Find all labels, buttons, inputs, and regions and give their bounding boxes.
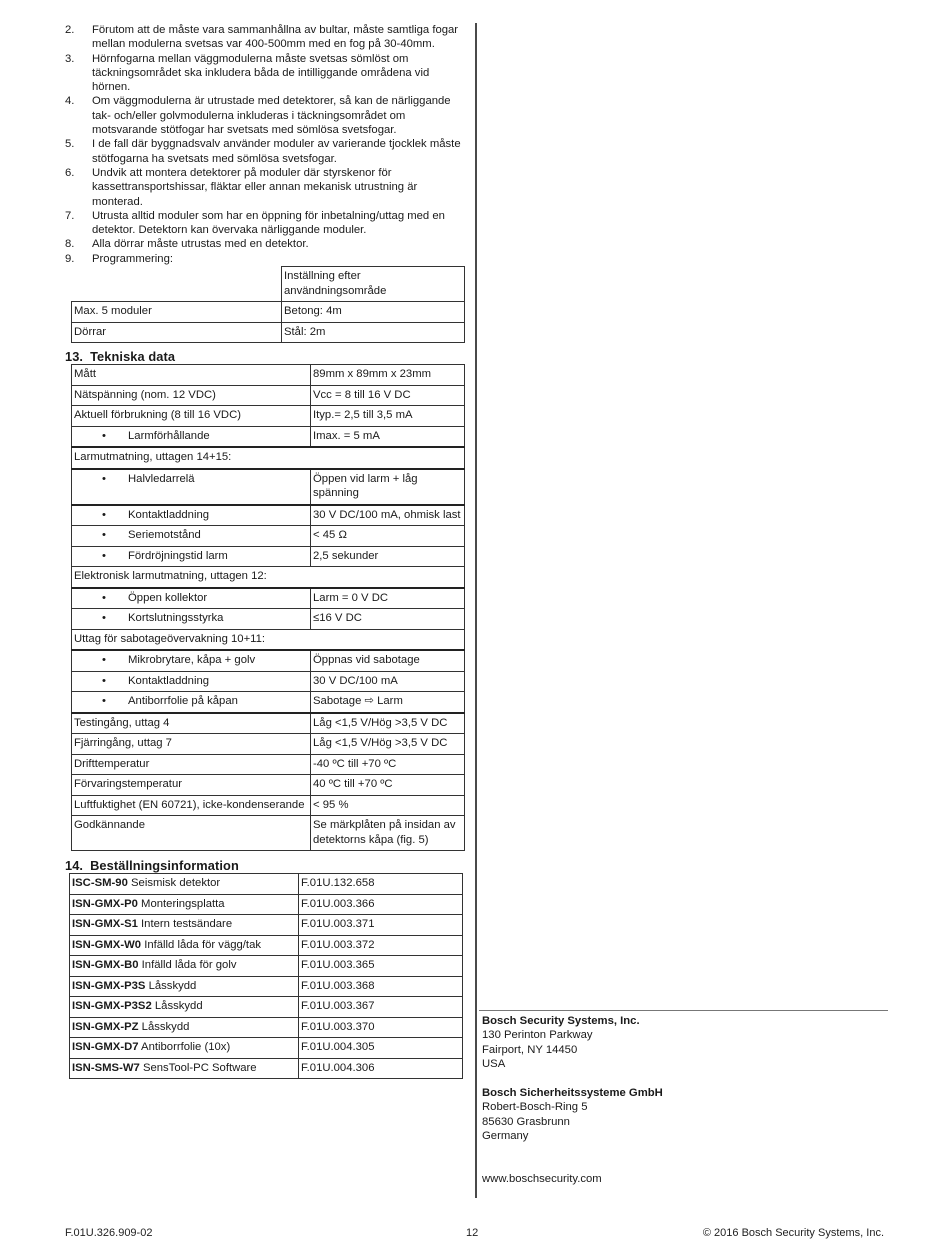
- product-cell: ISN-GMX-D7 Antiborrfolie (10x): [70, 1038, 299, 1059]
- product-cell: ISN-GMX-W0 Infälld låda för vägg/tak: [70, 935, 299, 956]
- table-row: Testingång, uttag 4Låg <1,5 V/Hög >3,5 V…: [72, 713, 465, 734]
- product-description: Antiborrfolie (10x): [141, 1041, 230, 1053]
- part-number: F.01U.003.365: [299, 956, 463, 977]
- spec-label-cell: •Antiborrfolie på kåpan: [72, 692, 311, 713]
- spec-label: Fördröjningstid larm: [128, 550, 228, 562]
- product-description: SensTool-PC Software: [143, 1062, 257, 1074]
- step-text: Programmering:: [92, 253, 173, 265]
- bullet-icon: •: [102, 549, 128, 564]
- spec-label-cell: •Kortslutningsstyrka: [72, 609, 311, 630]
- bullet-icon: •: [102, 429, 128, 444]
- address-line: 130 Perinton Parkway: [482, 1028, 663, 1042]
- table-row: Uttag för sabotageövervakning 10+11:: [72, 629, 465, 650]
- product-cell: ISN-GMX-PZ Låsskydd: [70, 1017, 299, 1038]
- product-description: Intern testsändare: [141, 918, 232, 930]
- product-cell: ISC-SM-90 Seismisk detektor: [70, 874, 299, 895]
- spec-value: -40 ºC till +70 ºC: [311, 754, 465, 775]
- table-row: Nätspänning (nom. 12 VDC)Vcc = 8 till 16…: [72, 385, 465, 406]
- part-number: F.01U.003.367: [299, 997, 463, 1018]
- product-code: ISN-GMX-B0: [72, 959, 139, 971]
- programming-label: Dörrar: [72, 322, 282, 343]
- table-row: Larmutmatning, uttagen 14+15:: [72, 447, 465, 469]
- step-text: Om väggmodulerna är utrustade med detekt…: [92, 95, 451, 136]
- step-number: 5.: [65, 137, 74, 151]
- list-item: 6.Undvik att montera detektorer på modul…: [65, 166, 467, 209]
- list-item: 3.Hörnfogarna mellan väggmodulerna måste…: [65, 52, 467, 95]
- spec-label-cell: Nätspänning (nom. 12 VDC): [72, 385, 311, 406]
- part-number: F.01U.132.658: [299, 874, 463, 895]
- list-item: 9.Programmering:: [65, 252, 467, 266]
- table-row: •Antiborrfolie på kåpanSabotage ⇨ Larm: [72, 692, 465, 713]
- step-number: 8.: [65, 237, 74, 251]
- table-row: Fjärringång, uttag 7Låg <1,5 V/Hög >3,5 …: [72, 734, 465, 755]
- spec-label-cell: Godkännande: [72, 816, 311, 851]
- table-row: •Seriemotstånd< 45 Ω: [72, 526, 465, 547]
- spec-label: Drifttemperatur: [74, 758, 149, 770]
- spec-label-cell: •Halvledarrelä: [72, 469, 311, 505]
- spec-label: Fjärringång, uttag 7: [74, 737, 172, 749]
- section-14-heading: 14.Beställningsinformation: [65, 858, 467, 873]
- column-divider: [475, 23, 477, 1198]
- spec-label: Mikrobrytare, kåpa + golv: [128, 654, 255, 666]
- product-code: ISN-GMX-W0: [72, 939, 141, 951]
- spec-value: Ityp.= 2,5 till 3,5 mA: [311, 406, 465, 427]
- table-row: •HalvledarreläÖppen vid larm + låg spänn…: [72, 469, 465, 505]
- section-title: Beställningsinformation: [90, 858, 239, 873]
- technical-data-table: Mått89mm x 89mm x 23mmNätspänning (nom. …: [71, 364, 465, 851]
- bullet-icon: •: [102, 528, 128, 543]
- group-label: Elektronisk larmutmatning, uttagen 12:: [72, 567, 465, 588]
- table-row: •Kortslutningsstyrka≤16 V DC: [72, 609, 465, 630]
- address-block: Bosch Security Systems, Inc. 130 Perinto…: [482, 1014, 663, 1187]
- table-row: ISN-SMS-W7 SensTool-PC SoftwareF.01U.004…: [70, 1058, 463, 1079]
- table-row: •LarmförhållandeImax. = 5 mA: [72, 426, 465, 447]
- spec-label: Kontaktladdning: [128, 675, 209, 687]
- spec-value: Se märkplåten på insidan av detektorns k…: [311, 816, 465, 851]
- table-row: ISN-GMX-W0 Infälld låda för vägg/takF.01…: [70, 935, 463, 956]
- table-row: ISN-GMX-B0 Infälld låda för golvF.01U.00…: [70, 956, 463, 977]
- bullet-icon: •: [102, 674, 128, 689]
- spec-value: Larm = 0 V DC: [311, 588, 465, 609]
- section-number: 14.: [65, 858, 83, 873]
- step-text: Utrusta alltid moduler som har en öppnin…: [92, 210, 445, 236]
- programming-value: Betong: 4m: [282, 302, 465, 323]
- step-number: 7.: [65, 209, 74, 223]
- address-line: 85630 Grasbrunn: [482, 1115, 663, 1129]
- spec-value: 40 ºC till +70 ºC: [311, 775, 465, 796]
- step-text: Alla dörrar måste utrustas med en detekt…: [92, 238, 309, 250]
- footer-copyright: © 2016 Bosch Security Systems, Inc.: [703, 1227, 884, 1239]
- table-row: Drifttemperatur-40 ºC till +70 ºC: [72, 754, 465, 775]
- table-row: •Mikrobrytare, kåpa + golvÖppnas vid sab…: [72, 650, 465, 671]
- part-number: F.01U.003.370: [299, 1017, 463, 1038]
- section-13-heading: 13.Tekniska data: [65, 349, 467, 364]
- programming-label: Max. 5 moduler: [72, 302, 282, 323]
- part-number: F.01U.003.366: [299, 894, 463, 915]
- product-description: Infälld låda för vägg/tak: [144, 939, 261, 951]
- spec-label: Nätspänning (nom. 12 VDC): [74, 389, 216, 401]
- spec-label-cell: Drifttemperatur: [72, 754, 311, 775]
- bullet-icon: •: [102, 694, 128, 709]
- step-number: 4.: [65, 94, 74, 108]
- table-row: ISN-GMX-P3S2 LåsskyddF.01U.003.367: [70, 997, 463, 1018]
- table-row: •Kontaktladdning30 V DC/100 mA: [72, 671, 465, 692]
- installation-steps-list: 2.Förutom att de måste vara sammanhållna…: [65, 23, 467, 266]
- spec-label-cell: •Fördröjningstid larm: [72, 546, 311, 567]
- spec-value: Öppen vid larm + låg spänning: [311, 469, 465, 505]
- spec-value: Låg <1,5 V/Hög >3,5 V DC: [311, 734, 465, 755]
- spec-label: Luftfuktighet (EN 60721), icke-kondenser…: [74, 799, 304, 811]
- list-item: 5.I de fall där byggnadsvalv använder mo…: [65, 137, 467, 166]
- section-number: 13.: [65, 349, 83, 364]
- address-line: Fairport, NY 14450: [482, 1043, 663, 1057]
- spec-label: Kortslutningsstyrka: [128, 612, 223, 624]
- product-code: ISN-GMX-S1: [72, 918, 138, 930]
- part-number: F.01U.004.305: [299, 1038, 463, 1059]
- step-number: 3.: [65, 52, 74, 66]
- spec-value: 89mm x 89mm x 23mm: [311, 365, 465, 386]
- spec-label: Testingång, uttag 4: [74, 717, 169, 729]
- table-row: ISC-SM-90 Seismisk detektorF.01U.132.658: [70, 874, 463, 895]
- spec-value: < 45 Ω: [311, 526, 465, 547]
- bullet-icon: •: [102, 653, 128, 668]
- bullet-icon: •: [102, 591, 128, 606]
- step-number: 6.: [65, 166, 74, 180]
- table-row: Max. 5 moduler Betong: 4m: [72, 302, 465, 323]
- product-cell: ISN-GMX-P3S2 Låsskydd: [70, 997, 299, 1018]
- product-description: Infälld låda för golv: [142, 959, 237, 971]
- bullet-icon: •: [102, 611, 128, 626]
- table-row: Mått89mm x 89mm x 23mm: [72, 365, 465, 386]
- table-row: Förvaringstemperatur40 ºC till +70 ºC: [72, 775, 465, 796]
- spec-label: Larmförhållande: [128, 430, 210, 442]
- address-line: USA: [482, 1057, 663, 1071]
- address-line: Germany: [482, 1129, 663, 1143]
- programming-value: Stål: 2m: [282, 322, 465, 343]
- product-code: ISN-GMX-PZ: [72, 1021, 139, 1033]
- spec-label: Kontaktladdning: [128, 509, 209, 521]
- product-description: Låsskydd: [149, 980, 197, 992]
- part-number: F.01U.003.372: [299, 935, 463, 956]
- section-title: Tekniska data: [90, 349, 175, 364]
- spec-label-cell: •Mikrobrytare, kåpa + golv: [72, 650, 311, 671]
- spec-value: 30 V DC/100 mA, ohmisk last: [311, 505, 465, 526]
- table-row: Dörrar Stål: 2m: [72, 322, 465, 343]
- table-row: GodkännandeSe märkplåten på insidan av d…: [72, 816, 465, 851]
- programming-table-header: Inställning efter användningsområde: [282, 267, 465, 302]
- spec-value: 30 V DC/100 mA: [311, 671, 465, 692]
- company-name-de: Bosch Sicherheitssysteme GmbH: [482, 1086, 663, 1100]
- spec-label: Öppen kollektor: [128, 592, 207, 604]
- spec-label-cell: •Larmförhållande: [72, 426, 311, 447]
- step-text: Undvik att montera detektorer på moduler…: [92, 167, 417, 208]
- table-row: Aktuell förbrukning (8 till 16 VDC)Ityp.…: [72, 406, 465, 427]
- programming-table-header-row: Inställning efter användningsområde: [72, 267, 465, 302]
- spec-label: Aktuell förbrukning (8 till 16 VDC): [74, 409, 241, 421]
- spec-label: Förvaringstemperatur: [74, 778, 182, 790]
- product-code: ISC-SM-90: [72, 877, 128, 889]
- spec-value: Imax. = 5 mA: [311, 426, 465, 447]
- table-row: ISN-GMX-P0 MonteringsplattaF.01U.003.366: [70, 894, 463, 915]
- table-row: •Fördröjningstid larm2,5 sekunder: [72, 546, 465, 567]
- spec-label-cell: •Kontaktladdning: [72, 671, 311, 692]
- step-number: 2.: [65, 23, 74, 37]
- table-row: ISN-GMX-P3S LåsskyddF.01U.003.368: [70, 976, 463, 997]
- spec-label-cell: Mått: [72, 365, 311, 386]
- programming-table: Inställning efter användningsområde Max.…: [71, 266, 465, 343]
- spec-label-cell: Aktuell förbrukning (8 till 16 VDC): [72, 406, 311, 427]
- product-description: Seismisk detektor: [131, 877, 220, 889]
- list-item: 7.Utrusta alltid moduler som har en öppn…: [65, 209, 467, 238]
- table-row: ISN-GMX-PZ LåsskyddF.01U.003.370: [70, 1017, 463, 1038]
- group-label: Uttag för sabotageövervakning 10+11:: [72, 629, 465, 650]
- product-cell: ISN-GMX-B0 Infälld låda för golv: [70, 956, 299, 977]
- list-item: 8.Alla dörrar måste utrustas med en dete…: [65, 237, 467, 251]
- product-cell: ISN-GMX-S1 Intern testsändare: [70, 915, 299, 936]
- table-row: •Öppen kollektorLarm = 0 V DC: [72, 588, 465, 609]
- spec-value: Sabotage ⇨ Larm: [311, 692, 465, 713]
- product-cell: ISN-SMS-W7 SensTool-PC Software: [70, 1058, 299, 1079]
- address-separator: [479, 1010, 888, 1011]
- spec-label-cell: Fjärringång, uttag 7: [72, 734, 311, 755]
- step-number: 9.: [65, 252, 74, 266]
- product-description: Monteringsplatta: [141, 898, 225, 910]
- table-row: •Kontaktladdning30 V DC/100 mA, ohmisk l…: [72, 505, 465, 526]
- spec-label-cell: Testingång, uttag 4: [72, 713, 311, 734]
- step-text: Hörnfogarna mellan väggmodulerna måste s…: [92, 53, 429, 94]
- spec-label: Godkännande: [74, 819, 145, 831]
- product-code: ISN-GMX-P3S: [72, 980, 145, 992]
- product-code: ISN-GMX-P3S2: [72, 1000, 152, 1012]
- spec-value: Låg <1,5 V/Hög >3,5 V DC: [311, 713, 465, 734]
- spec-value: Vcc = 8 till 16 V DC: [311, 385, 465, 406]
- spec-label-cell: Luftfuktighet (EN 60721), icke-kondenser…: [72, 795, 311, 816]
- step-text: I de fall där byggnadsvalv använder modu…: [92, 138, 461, 164]
- part-number: F.01U.004.306: [299, 1058, 463, 1079]
- footer-page-number: 12: [466, 1227, 478, 1239]
- product-cell: ISN-GMX-P0 Monteringsplatta: [70, 894, 299, 915]
- address-line: Robert-Bosch-Ring 5: [482, 1100, 663, 1114]
- left-column: 2.Förutom att de måste vara sammanhållna…: [65, 23, 467, 1079]
- footer-doc-number: F.01U.326.909-02: [65, 1227, 152, 1239]
- bullet-icon: •: [102, 508, 128, 523]
- table-row: ISN-GMX-D7 Antiborrfolie (10x)F.01U.004.…: [70, 1038, 463, 1059]
- company-name-us: Bosch Security Systems, Inc.: [482, 1014, 663, 1028]
- spec-label: Seriemotstånd: [128, 529, 201, 541]
- spec-value: 2,5 sekunder: [311, 546, 465, 567]
- step-text: Förutom att de måste vara sammanhållna a…: [92, 24, 458, 50]
- list-item: 4.Om väggmodulerna är utrustade med dete…: [65, 94, 467, 137]
- spec-label-cell: Förvaringstemperatur: [72, 775, 311, 796]
- spec-label: Halvledarrelä: [128, 473, 195, 485]
- table-row: Luftfuktighet (EN 60721), icke-kondenser…: [72, 795, 465, 816]
- product-description: Låsskydd: [142, 1021, 190, 1033]
- list-item: 2.Förutom att de måste vara sammanhållna…: [65, 23, 467, 52]
- part-number: F.01U.003.368: [299, 976, 463, 997]
- table-row: Elektronisk larmutmatning, uttagen 12:: [72, 567, 465, 588]
- part-number: F.01U.003.371: [299, 915, 463, 936]
- spec-label-cell: •Kontaktladdning: [72, 505, 311, 526]
- product-description: Låsskydd: [155, 1000, 203, 1012]
- product-code: ISN-SMS-W7: [72, 1062, 140, 1074]
- product-code: ISN-GMX-D7: [72, 1041, 139, 1053]
- programming-table-empty-cell: [72, 267, 282, 302]
- spec-label: Mått: [74, 368, 96, 380]
- spec-value: ≤16 V DC: [311, 609, 465, 630]
- spec-label-cell: •Seriemotstånd: [72, 526, 311, 547]
- spec-label-cell: •Öppen kollektor: [72, 588, 311, 609]
- product-cell: ISN-GMX-P3S Låsskydd: [70, 976, 299, 997]
- spec-label: Antiborrfolie på kåpan: [128, 695, 238, 707]
- website-link[interactable]: www.boschsecurity.com: [482, 1172, 663, 1186]
- spec-value: < 95 %: [311, 795, 465, 816]
- spec-value: Öppnas vid sabotage: [311, 650, 465, 671]
- table-row: ISN-GMX-S1 Intern testsändareF.01U.003.3…: [70, 915, 463, 936]
- product-code: ISN-GMX-P0: [72, 898, 138, 910]
- ordering-information-table: ISC-SM-90 Seismisk detektorF.01U.132.658…: [69, 873, 463, 1079]
- group-label: Larmutmatning, uttagen 14+15:: [72, 447, 465, 469]
- bullet-icon: •: [102, 472, 128, 487]
